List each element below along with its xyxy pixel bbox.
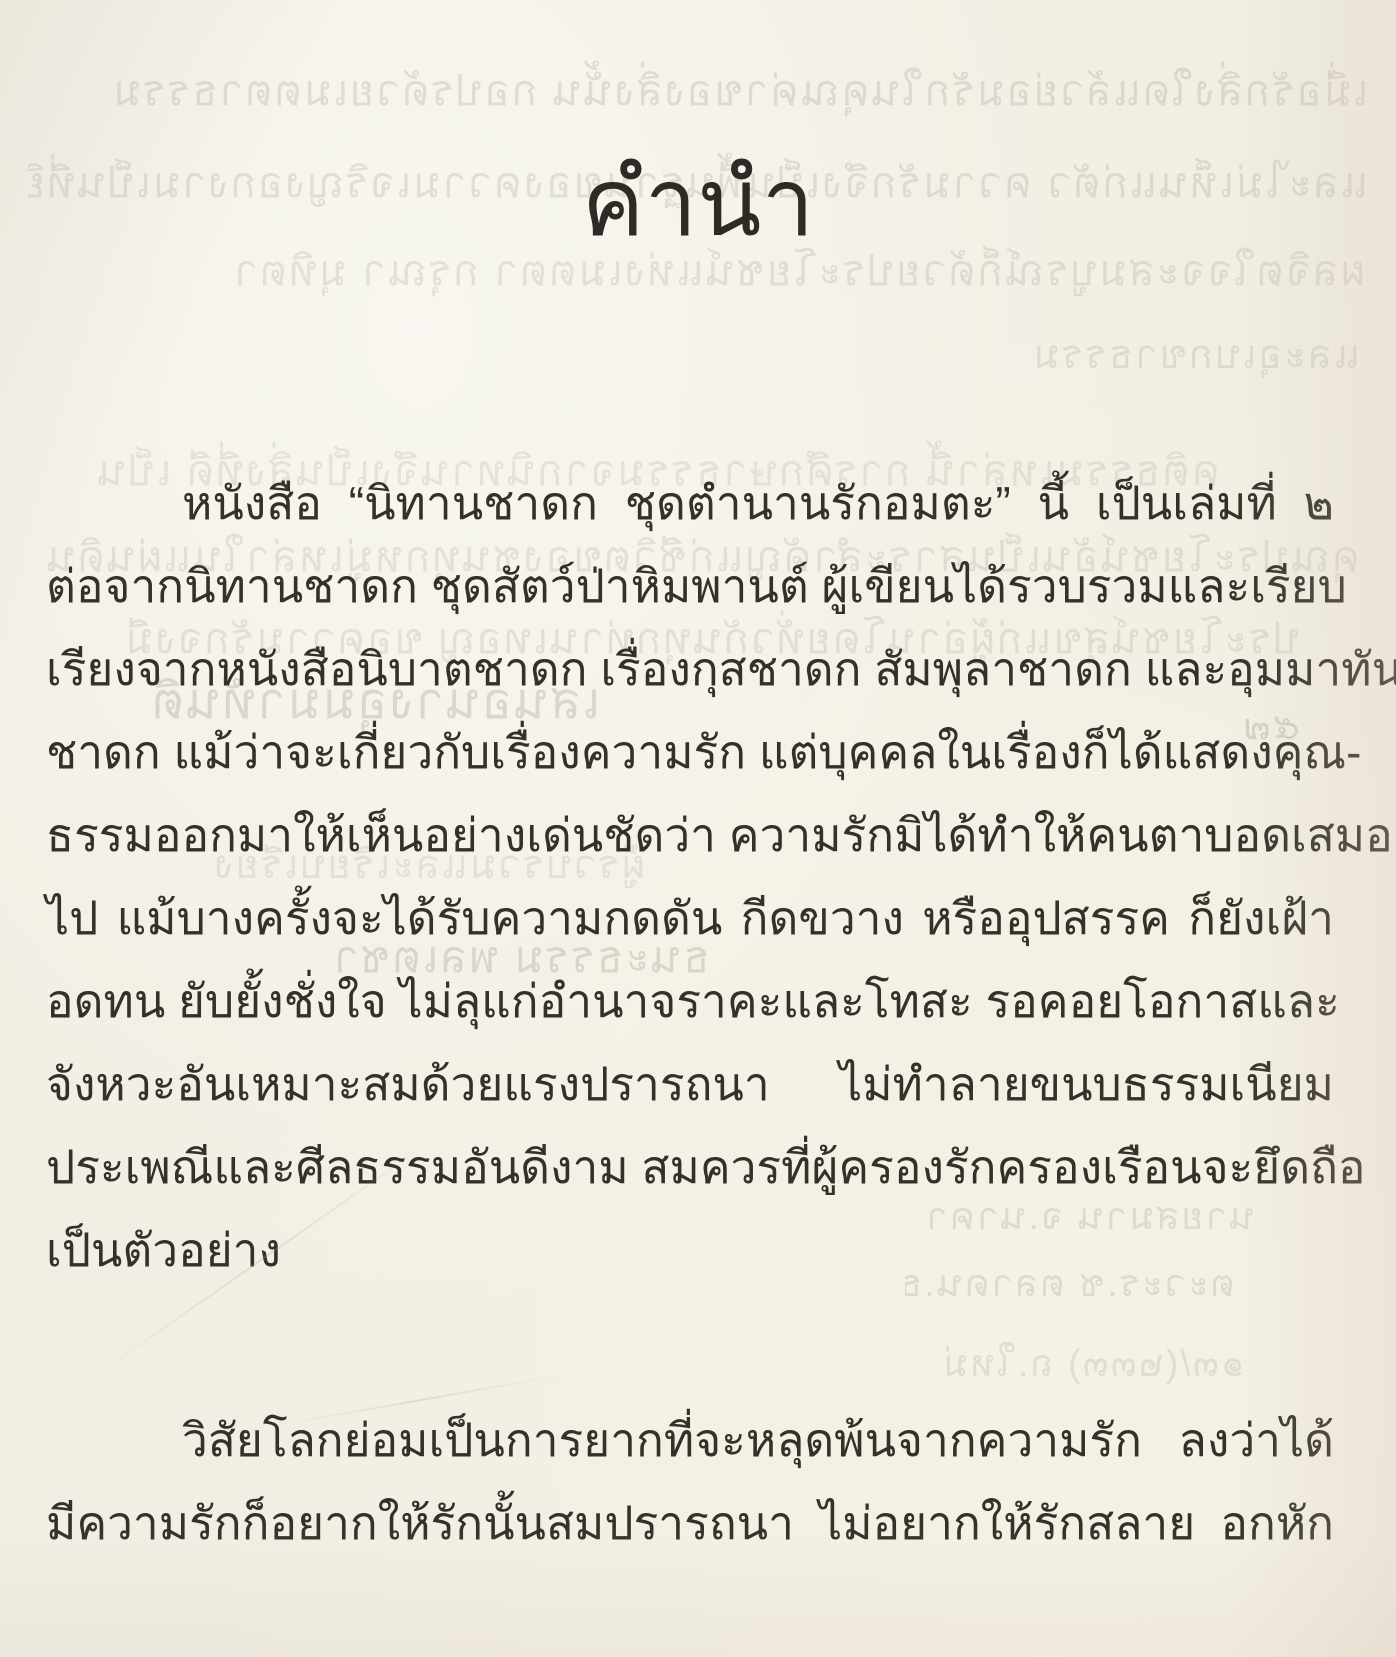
text-line: ประเพณีและศีลธรรมอันดีงาม สมควรที่ผู้ครอ…	[46, 1126, 1334, 1209]
text-line: ชาดก แม้ว่าจะเกี่ยวกับเรื่องความรัก แต่บ…	[46, 711, 1334, 794]
paragraph-1: หนังสือ “นิทานชาดก ชุดตำนานรักอมตะ” นี้ …	[46, 462, 1334, 1292]
body-text: หนังสือ “นิทานชาดก ชุดตำนานรักอมตะ” นี้ …	[46, 462, 1334, 1565]
text-line: หนังสือ “นิทานชาดก ชุดตำนานรักอมตะ” นี้ …	[46, 462, 1334, 545]
text-line: ธรรมออกมาให้เห็นอย่างเด่นชัดว่า ความรักม…	[46, 794, 1334, 877]
scanned-page: เมื่อรักสิ่งใดแล้วย่อมรักในคุณค่าของสิ่ง…	[0, 0, 1396, 1657]
text-line: วิสัยโลกย่อมเป็นการยากที่จะหลุดพ้นจากควา…	[46, 1399, 1334, 1482]
text-line: อดทน ยับยั้งชั่งใจ ไม่ลุแก่อำนาจราคะและโ…	[46, 960, 1334, 1043]
text-line: ต่อจากนิทานชาดก ชุดสัตว์ป่าหิมพานต์ ผู้เ…	[46, 545, 1334, 628]
page-title: คำนำ	[0, 118, 1396, 288]
text-line: มีความรักก็อยากให้รักนั้นสมปรารถนา ไม่อย…	[46, 1482, 1334, 1565]
text-line: เป็นตัวอย่าง	[46, 1209, 1334, 1292]
text-line: ไป แม้บางครั้งจะได้รับความกดดัน กีดขวาง …	[46, 877, 1334, 960]
text-line: เรียงจากหนังสือนิบาตชาดก เรื่องกุสชาดก ส…	[46, 628, 1334, 711]
bleedthrough-line: และอุเบกขาธรรม	[950, 322, 1360, 386]
bleedthrough-line: เมื่อรักสิ่งใดแล้วย่อมรักในคุณค่าของสิ่ง…	[28, 58, 1368, 124]
paragraph-2: วิสัยโลกย่อมเป็นการยากที่จะหลุดพ้นจากควา…	[46, 1399, 1334, 1565]
text-line: จังหวะอันเหมาะสมด้วยแรงปรารถนา ไม่ทำลายข…	[46, 1043, 1334, 1126]
